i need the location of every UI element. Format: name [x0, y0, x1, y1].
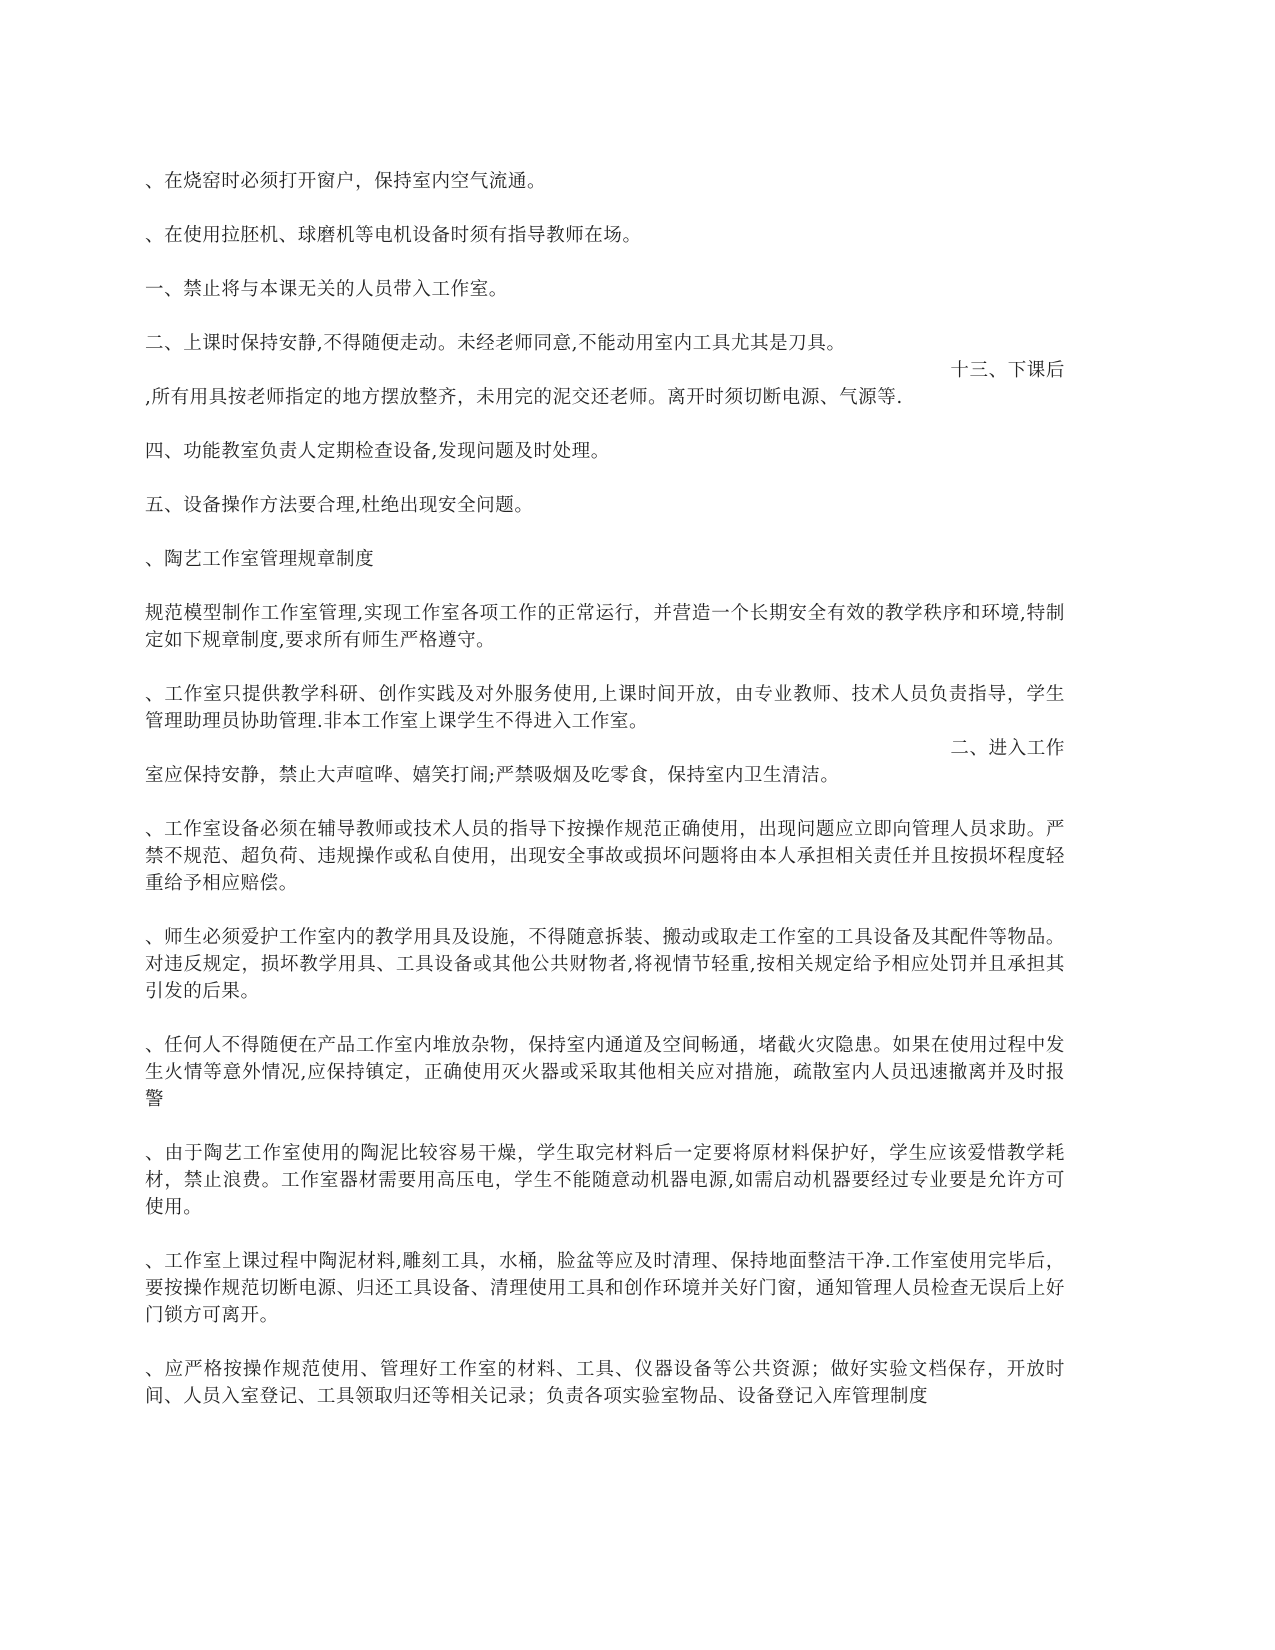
rule-quiet-in-class: 二、上课时保持安静,不得随便走动。未经老师同意,不能动用室内工具尤其是刀具。	[145, 330, 1065, 357]
rule-safe-operation: 五、设备操作方法要合理,杜绝出现安全问题。	[145, 492, 1065, 519]
rule-machine-supervision: 、在使用拉胚机、球磨机等电机设备时须有指导教师在场。	[145, 222, 1065, 249]
rule-equipment-check: 四、功能教室负责人定期检查设备,发现问题及时处理。	[145, 438, 1065, 465]
rule-13-body: ,所有用具按老师指定的地方摆放整齐，未用完的泥交还老师。离开时须切断电源、气源等…	[145, 384, 1065, 411]
rule-usage-scope: 、工作室只提供教学科研、创作实践及对外服务使用,上课时间开放，由专业教师、技术人…	[145, 681, 1065, 735]
rule-2-body: 室应保持安静，禁止大声喧哗、嬉笑打闹;严禁吸烟及吃零食，保持室内卫生清洁。	[145, 762, 1065, 789]
rule-cleanup: 、工作室上课过程中陶泥材料,雕刻工具，水桶，脸盆等应及时清理、保持地面整洁干净.…	[145, 1248, 1065, 1329]
rule-protect-facilities: 、师生必须爱护工作室内的教学用具及设施，不得随意拆装、搬动或取走工作室的工具设备…	[145, 924, 1065, 1005]
document-page: 、在烧窑时必须打开窗户，保持室内空气流通。 、在使用拉胚机、球磨机等电机设备时须…	[145, 168, 1065, 1437]
rule-equipment-guidance: 、工作室设备必须在辅导教师或技术人员的指导下按操作规范正确使用，出现问题应立即向…	[145, 816, 1065, 897]
rule-2-heading: 二、进入工作	[145, 735, 1065, 762]
rule-no-outsiders: 一、禁止将与本课无关的人员带入工作室。	[145, 276, 1065, 303]
intro-paragraph: 规范模型制作工作室管理,实现工作室各项工作的正常运行，并营造一个长期安全有效的教…	[145, 600, 1065, 654]
rule-resource-management: 、应严格按操作规范使用、管理好工作室的材料、工具、仪器设备等公共资源；做好实验文…	[145, 1356, 1065, 1410]
rule-clay-materials: 、由于陶艺工作室使用的陶泥比较容易干燥，学生取完材料后一定要将原材料保护好，学生…	[145, 1140, 1065, 1221]
section-title: 、陶艺工作室管理规章制度	[145, 546, 1065, 573]
rule-kiln-ventilation: 、在烧窑时必须打开窗户，保持室内空气流通。	[145, 168, 1065, 195]
rule-fire-safety: 、任何人不得随便在产品工作室内堆放杂物，保持室内通道及空间畅通，堵截火灾隐患。如…	[145, 1032, 1065, 1113]
rule-13-heading: 十三、下课后	[145, 357, 1065, 384]
